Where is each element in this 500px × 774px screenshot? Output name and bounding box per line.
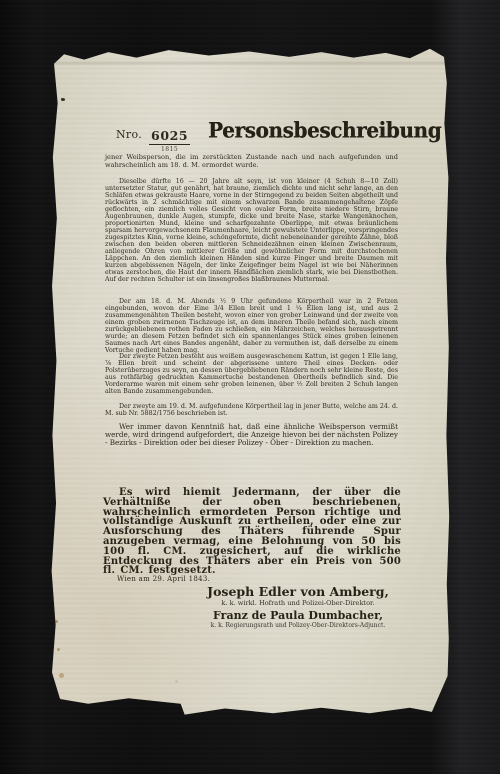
intro-paragraph: jener Weibsperson, die im zerstückten Zu… — [105, 154, 402, 169]
dateline: Wien am 29. April 1843. — [117, 575, 210, 583]
document-title: Personsbeschreibung — [208, 117, 408, 143]
signature-name-amberg: Joseph Edler von Amberg, — [143, 585, 453, 599]
second-cloth-paragraph: Der zweyte Fetzen besteht aus weißem aus… — [105, 353, 398, 395]
nro-fraction: 6025 1815 — [149, 128, 190, 153]
paper-crease — [48, 60, 450, 66]
poster-document: Nro. 6025 1815 Personsbeschreibung jener… — [48, 42, 450, 720]
nro-sub-number: 1815 — [161, 146, 178, 153]
signature-title-dumbacher: k. k. Regierungsrath und Polizey-Ober-Di… — [143, 622, 453, 629]
first-body-part-paragraph: Der am 18. d. M. Abends ½ 9 Uhr gefunden… — [105, 298, 398, 354]
paper-speck — [61, 98, 65, 101]
signature-title-amberg: k. k. wirkl. Hofrath und Polizei-Ober-Di… — [143, 599, 453, 607]
photo-background: Nro. 6025 1815 Personsbeschreibung jener… — [0, 0, 500, 774]
nro-label: Nro. — [116, 128, 142, 141]
document-number-block: Nro. 6025 1815 — [116, 128, 190, 153]
nro-number: 6025 — [149, 128, 190, 145]
appeal-paragraph: Wer immer davon Kenntniß hat, daß eine ä… — [105, 423, 398, 447]
description-paragraph: Dieselbe dürfte 16 — 20 Jahre alt seyn, … — [105, 178, 398, 283]
signature-block: Joseph Edler von Amberg, k. k. wirkl. Ho… — [143, 585, 453, 629]
paper-fox-spots — [55, 620, 58, 623]
second-body-part-paragraph: Der zweyte am 19. d. M. aufgefundene Kör… — [105, 403, 398, 417]
signature-name-dumbacher: Franz de Paula Dumbacher, — [143, 609, 453, 622]
reward-paragraph: Es wird hiemit Jedermann, der über die V… — [103, 488, 401, 576]
